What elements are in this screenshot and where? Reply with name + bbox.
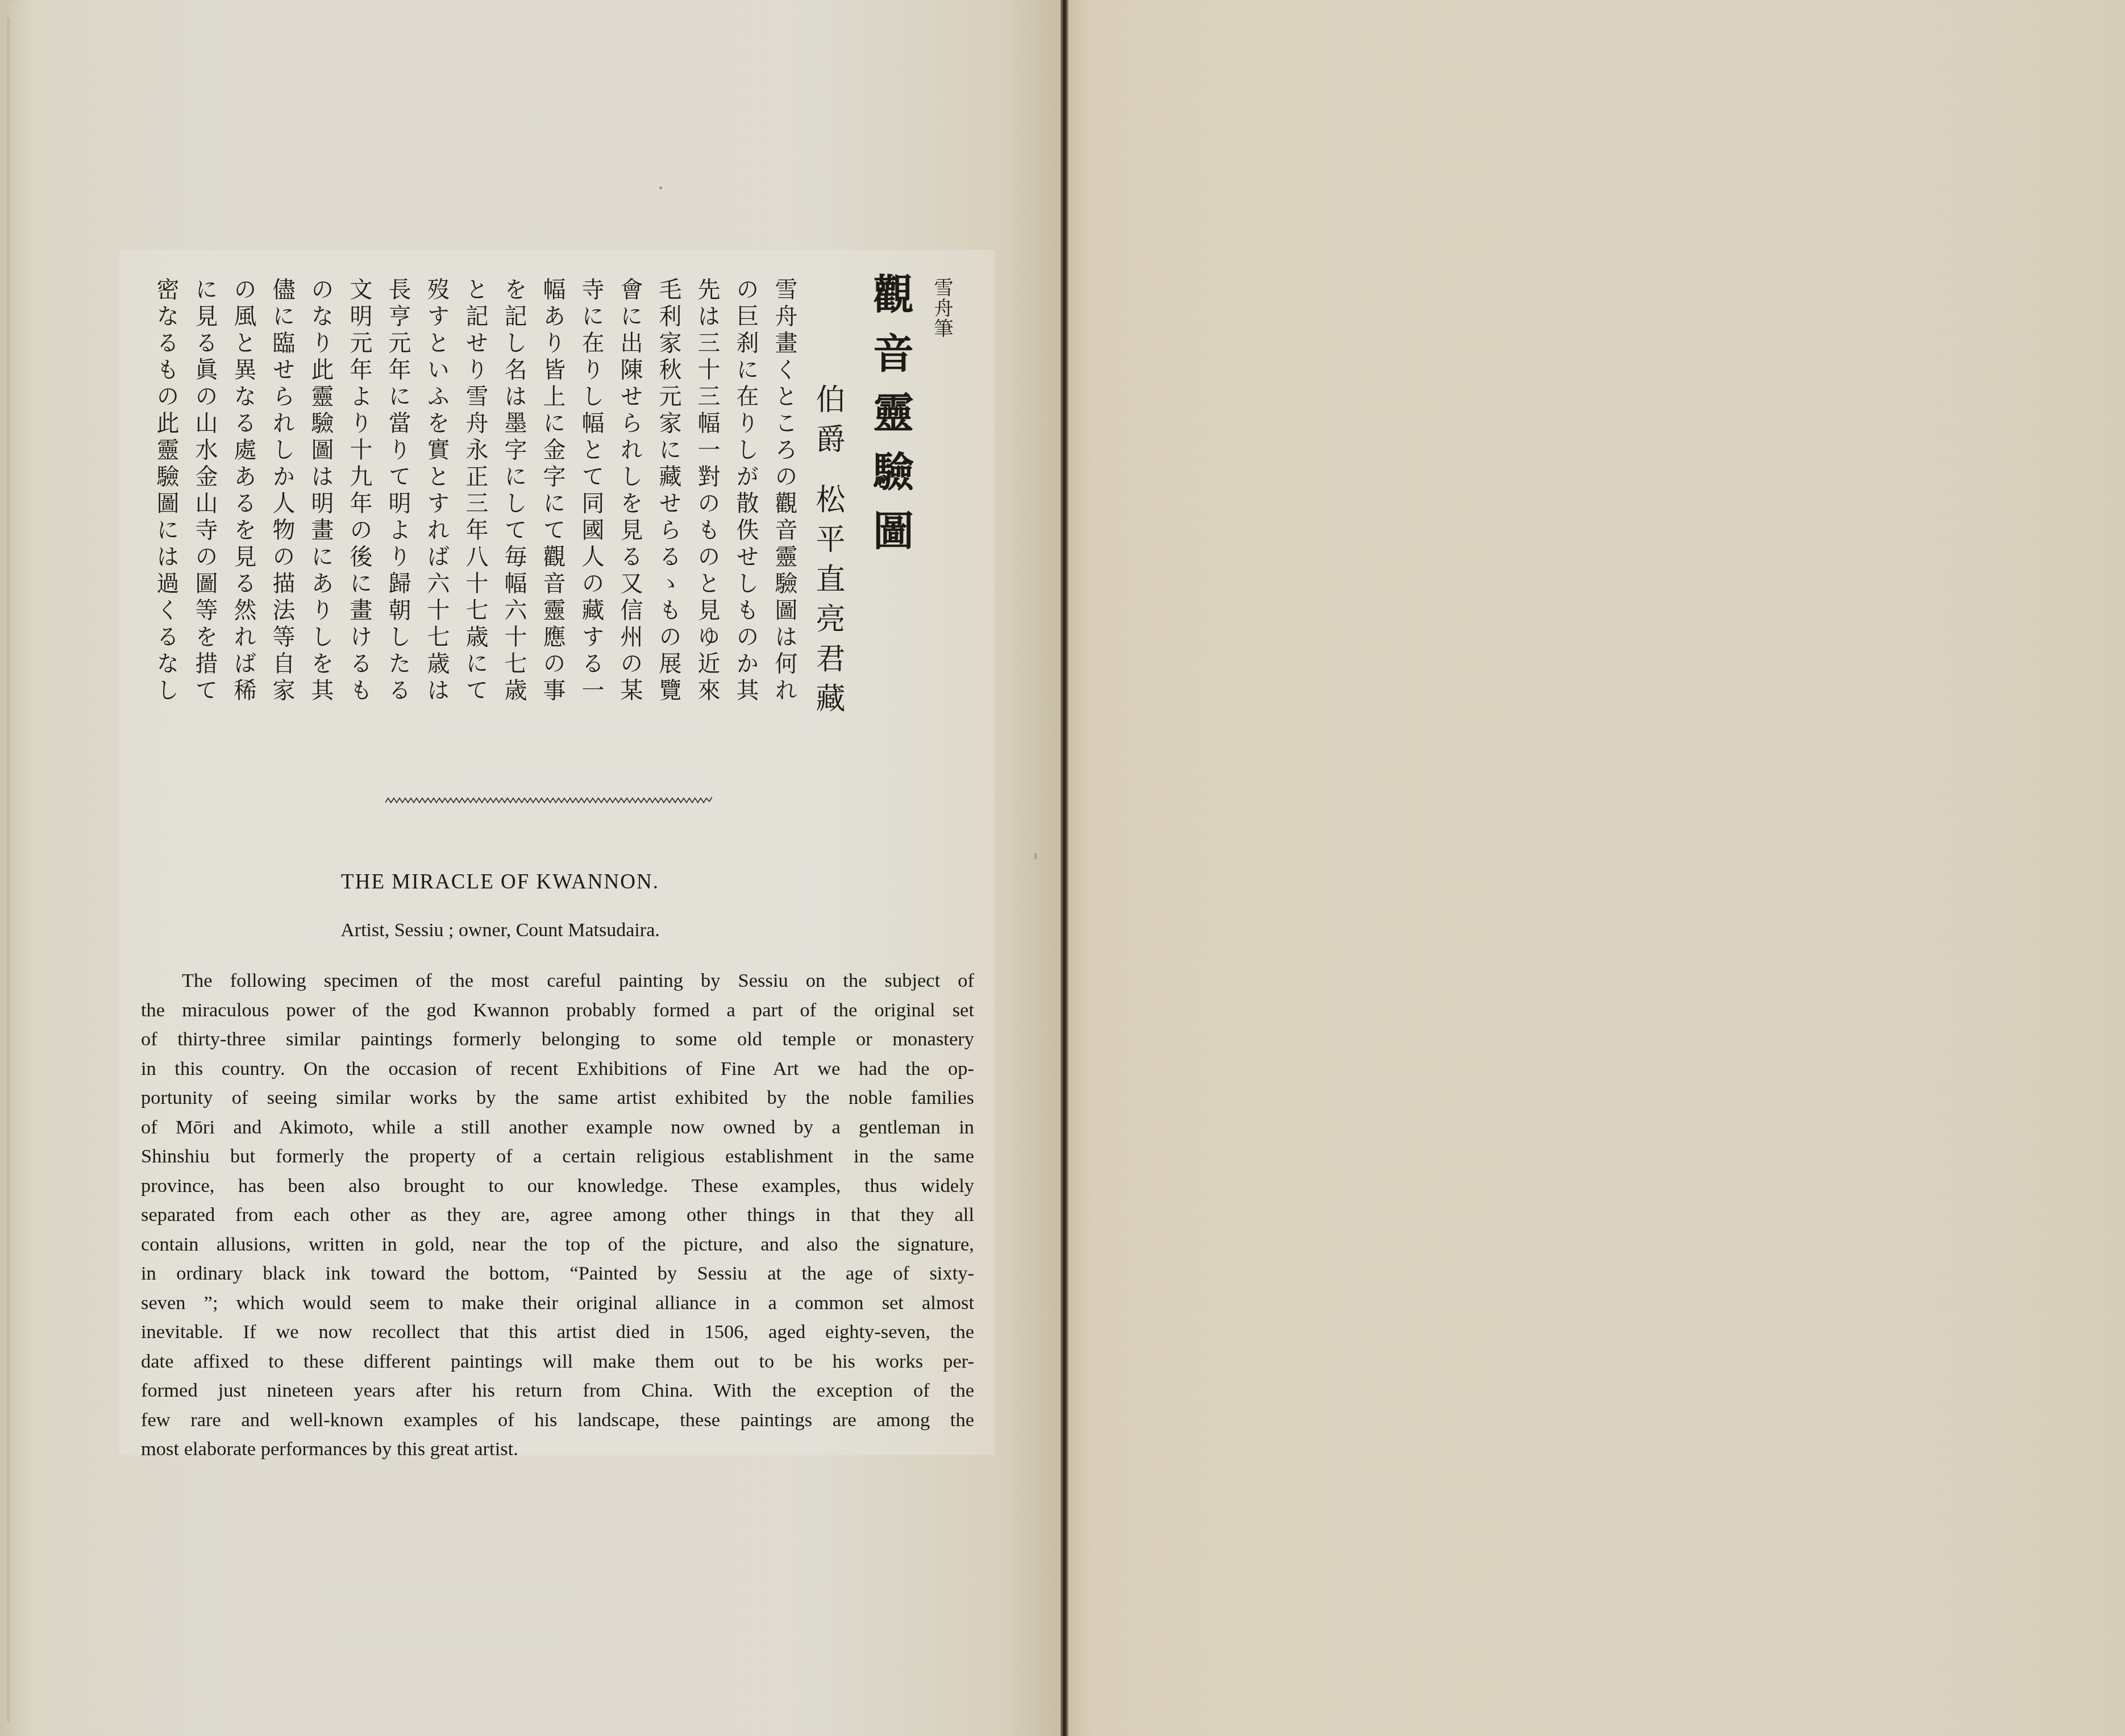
artist-attribution: 雪舟筆 [932, 277, 951, 339]
jp-column: の風と異なる處あるを見る然れば稀 [232, 277, 255, 705]
jp-column: 儘に臨せられしか人物の描法等自家 [271, 277, 293, 705]
body-line: in this country. On the occasion of rece… [141, 1054, 974, 1084]
jp-column: 長亨元年に當りて明より歸朝したる [386, 277, 409, 705]
body-line: contain allusions, written in gold, near… [141, 1230, 974, 1260]
body-line: in ordinary black ink toward the bottom,… [141, 1259, 974, 1289]
body-line: the miraculous power of the god Kwannon … [141, 996, 974, 1025]
body-line: of Mōri and Akimoto, while a still anoth… [141, 1113, 974, 1143]
jp-column: のなり此靈驗圖は明畫にありしを其 [309, 277, 332, 705]
english-title: THE MIRACLE OF KWANNON. [0, 870, 1068, 894]
body-line: inevitable. If we now recollect that thi… [141, 1318, 974, 1347]
body-line: Shinshiu but formerly the property of a … [141, 1142, 974, 1172]
english-byline-text: Artist, Sessiu ; owner, Count Matsudaira… [340, 920, 659, 941]
jp-column: 先は三十三幅一對のものと見ゆ近來 [696, 277, 718, 705]
owner-rank: 伯爵 [810, 384, 845, 463]
body-line: date affixed to these different painting… [141, 1347, 974, 1377]
body-line: province, has been also brought to our k… [141, 1172, 974, 1201]
jp-column: 毛利家秋元家に藏せらるゝもの展覽 [657, 277, 680, 705]
jp-column: 幅あり皆上に金字にて觀音靈應の事 [541, 277, 564, 705]
body-line: separated from each other as they are, a… [141, 1201, 974, 1230]
body-line: most elaborate performances by this grea… [141, 1435, 974, 1464]
owner-line: 伯爵松平直亮君藏 [813, 384, 842, 722]
jp-column: の巨刹に在りしが散佚せしものか其 [734, 277, 757, 705]
book-gutter [1061, 0, 1068, 1736]
owner-name: 松平直亮君藏 [810, 484, 845, 722]
left-page: 雪舟筆 觀音靈驗圖 伯爵松平直亮君藏 雪舟畫くところの觀音靈驗圖は何れ の巨刹に… [0, 0, 1062, 1736]
english-body: The following specimen of the most caref… [141, 966, 974, 1464]
body-line: few rare and well-known examples of his … [141, 1406, 974, 1435]
right-page [1068, 0, 2125, 1736]
japanese-title: 觀音靈驗圖 [870, 273, 910, 568]
jp-column: 雪舟畫くところの觀音靈驗圖は何れ [773, 277, 796, 705]
jp-column: 會に出陳せられしを見る又信州の某 [618, 277, 641, 705]
paper-speck [659, 186, 662, 189]
jp-column: 密なるもの此靈驗圖には過くるなし [155, 277, 177, 705]
wavy-divider [385, 796, 712, 805]
english-byline: Artist, Sessiu ; owner, Count Matsudaira… [0, 920, 1068, 941]
jp-column: 寺に在りし幅とて同國人の藏する一 [580, 277, 602, 705]
body-line: formed just nineteen years after his ret… [141, 1376, 974, 1406]
english-title-text: THE MIRACLE OF KWANNON. [341, 870, 659, 894]
body-line: seven ”; which would seem to make their … [141, 1289, 974, 1318]
jp-column: 文明元年より十九年の後に畫けるも [348, 277, 371, 705]
jp-column: と記せり雪舟永正三年八十七歳にて [464, 277, 486, 705]
jp-column: 歿すといふを實とすれば六十七歳は [425, 277, 448, 705]
paper-speck [1034, 853, 1037, 859]
body-line: of thirty-three similar paintings former… [141, 1025, 974, 1054]
body-line: The following specimen of the most caref… [141, 966, 974, 996]
body-line: portunity of seeing similar works by the… [141, 1083, 974, 1113]
jp-column: を記し名は墨字にして毎幅六十七歳 [502, 277, 525, 705]
jp-column: に見る眞の山水金山寺の圖等を措て [193, 277, 216, 705]
